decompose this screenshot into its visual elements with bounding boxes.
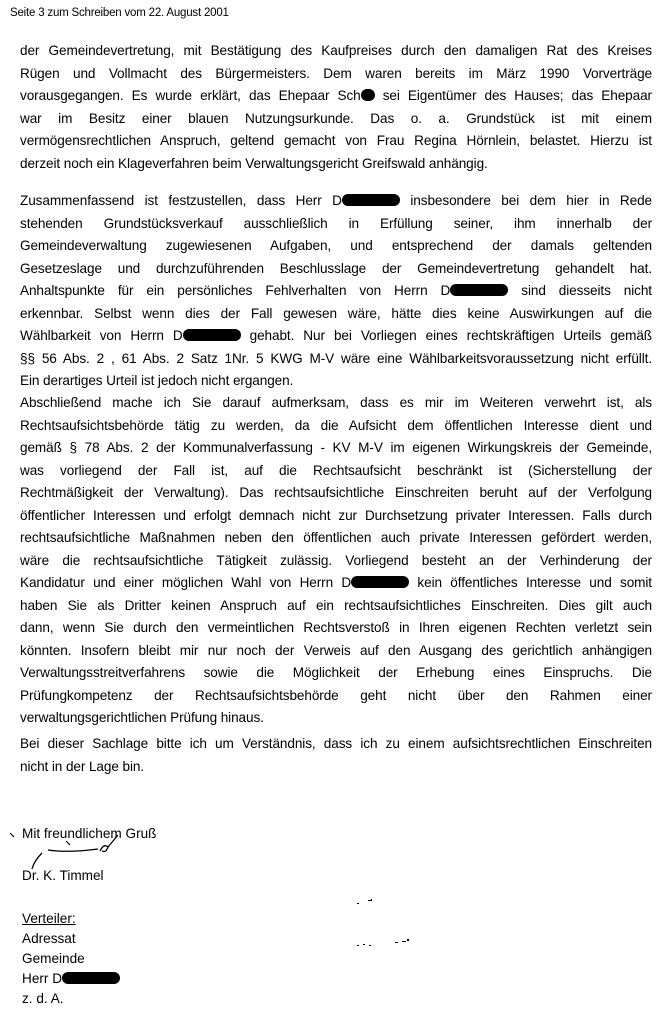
redaction-mark bbox=[183, 329, 241, 341]
distribution-title: Verteiler: bbox=[22, 909, 120, 929]
closing-greeting: Mit freundlichem Gruß bbox=[22, 826, 156, 841]
text-line: Kandidatur und einer möglichen Wahl von … bbox=[20, 572, 652, 595]
text-line: war im Besitz einer blauen Nutzungsurkun… bbox=[20, 108, 652, 131]
text-line: erkennbar. Selbst wenn dies der Fall gew… bbox=[20, 303, 652, 326]
text-line: stehenden Grundstücksverkauf ausschließl… bbox=[20, 213, 652, 236]
text-line: vorausgegangen. Es wurde erklärt, das Eh… bbox=[20, 85, 652, 108]
text-line: Rechtsaufsichtsbehörde tätig zu werden, … bbox=[20, 415, 652, 438]
redaction-mark bbox=[62, 972, 120, 984]
text-line: rechtsaufsichtliche Maßnahmen neben den … bbox=[20, 527, 652, 550]
text-line: öffentlicher Interessen und erfolgt demn… bbox=[20, 505, 652, 528]
distribution-item-text: Herr D bbox=[22, 971, 62, 986]
redaction-mark bbox=[361, 89, 375, 101]
redaction-mark bbox=[450, 284, 508, 296]
text-line: Rügen und Vollmacht des Bürgermeisters. … bbox=[20, 63, 652, 86]
paragraph-legal-supervision: Abschließend mache ich Sie darauf aufmer… bbox=[20, 392, 652, 730]
paragraph-property-history: der Gemeindevertretung, mit Bestätigung … bbox=[20, 40, 652, 175]
distribution-item: Adressat bbox=[22, 929, 120, 949]
text-line: haben Sie als Dritter keinen Anspruch au… bbox=[20, 595, 652, 618]
text-line: Gemeindeverwaltung zugewiesenen Aufgaben… bbox=[20, 235, 652, 258]
text-line: Ein derartiges Urteil ist jedoch nicht e… bbox=[20, 370, 652, 393]
text-line: dann, wenn Sie durch den vermeintlichen … bbox=[20, 617, 652, 640]
page-reference-header: Seite 3 zum Schreiben vom 22. August 200… bbox=[10, 7, 229, 19]
text-line: Bei dieser Sachlage bitte ich um Verstän… bbox=[20, 733, 652, 756]
signatory-name: Dr. K. Timmel bbox=[22, 868, 104, 883]
paragraph-conclusion: Bei dieser Sachlage bitte ich um Verstän… bbox=[20, 733, 652, 778]
distribution-list: Verteiler: Adressat Gemeinde Herr D z. d… bbox=[22, 909, 120, 1009]
text-line: Rechtmäßigkeit der Verwaltung). Das rech… bbox=[20, 482, 652, 505]
text-line: derzeit noch ein Klageverfahren beim Ver… bbox=[20, 153, 652, 176]
text-line: verwaltungsgerichtlichen Prüfung hinaus. bbox=[20, 707, 652, 730]
text-line: Wählbarkeit von Herrn D gehabt. Nur bei … bbox=[20, 325, 652, 348]
text-line: Zusammenfassend ist festzustellen, dass … bbox=[20, 190, 652, 213]
paragraph-summary: Zusammenfassend ist festzustellen, dass … bbox=[20, 190, 652, 393]
text-line: Abschließend mache ich Sie darauf aufmer… bbox=[20, 392, 652, 415]
text-line: wäre die rechtsaufsichtliche Tätigkeit z… bbox=[20, 550, 652, 573]
text-line: vermögensrechtlichen Anspruch, geltend g… bbox=[20, 130, 652, 153]
scan-specks bbox=[330, 890, 430, 950]
distribution-item: Herr D bbox=[22, 969, 120, 989]
text-line: nicht in der Lage bin. bbox=[20, 756, 652, 779]
distribution-item: z. d. A. bbox=[22, 989, 120, 1009]
redaction-mark bbox=[342, 194, 400, 206]
text-line: Gesetzeslage und durchzuführenden Beschl… bbox=[20, 258, 652, 281]
text-line: §§ 56 Abs. 2 , 61 Abs. 2 Satz 1Nr. 5 KWG… bbox=[20, 348, 652, 371]
text-line: gemäß § 78 Abs. 2 der Kommunalverfassung… bbox=[20, 437, 652, 460]
redaction-mark bbox=[351, 576, 409, 588]
text-line: der Gemeindevertretung, mit Bestätigung … bbox=[20, 40, 652, 63]
text-line: Prüfungkompetenz der Rechtsaufsichtsbehö… bbox=[20, 685, 652, 708]
text-line: Verwaltungsstreitverfahrens sowie die Mö… bbox=[20, 662, 652, 685]
text-line: was vorliegend der Fall ist, auf die Rec… bbox=[20, 460, 652, 483]
text-line: könnten. Insofern bleibt mir nur noch de… bbox=[20, 640, 652, 663]
text-line: Anhaltspunkte für ein persönliches Fehlv… bbox=[20, 280, 652, 303]
distribution-item: Gemeinde bbox=[22, 949, 120, 969]
